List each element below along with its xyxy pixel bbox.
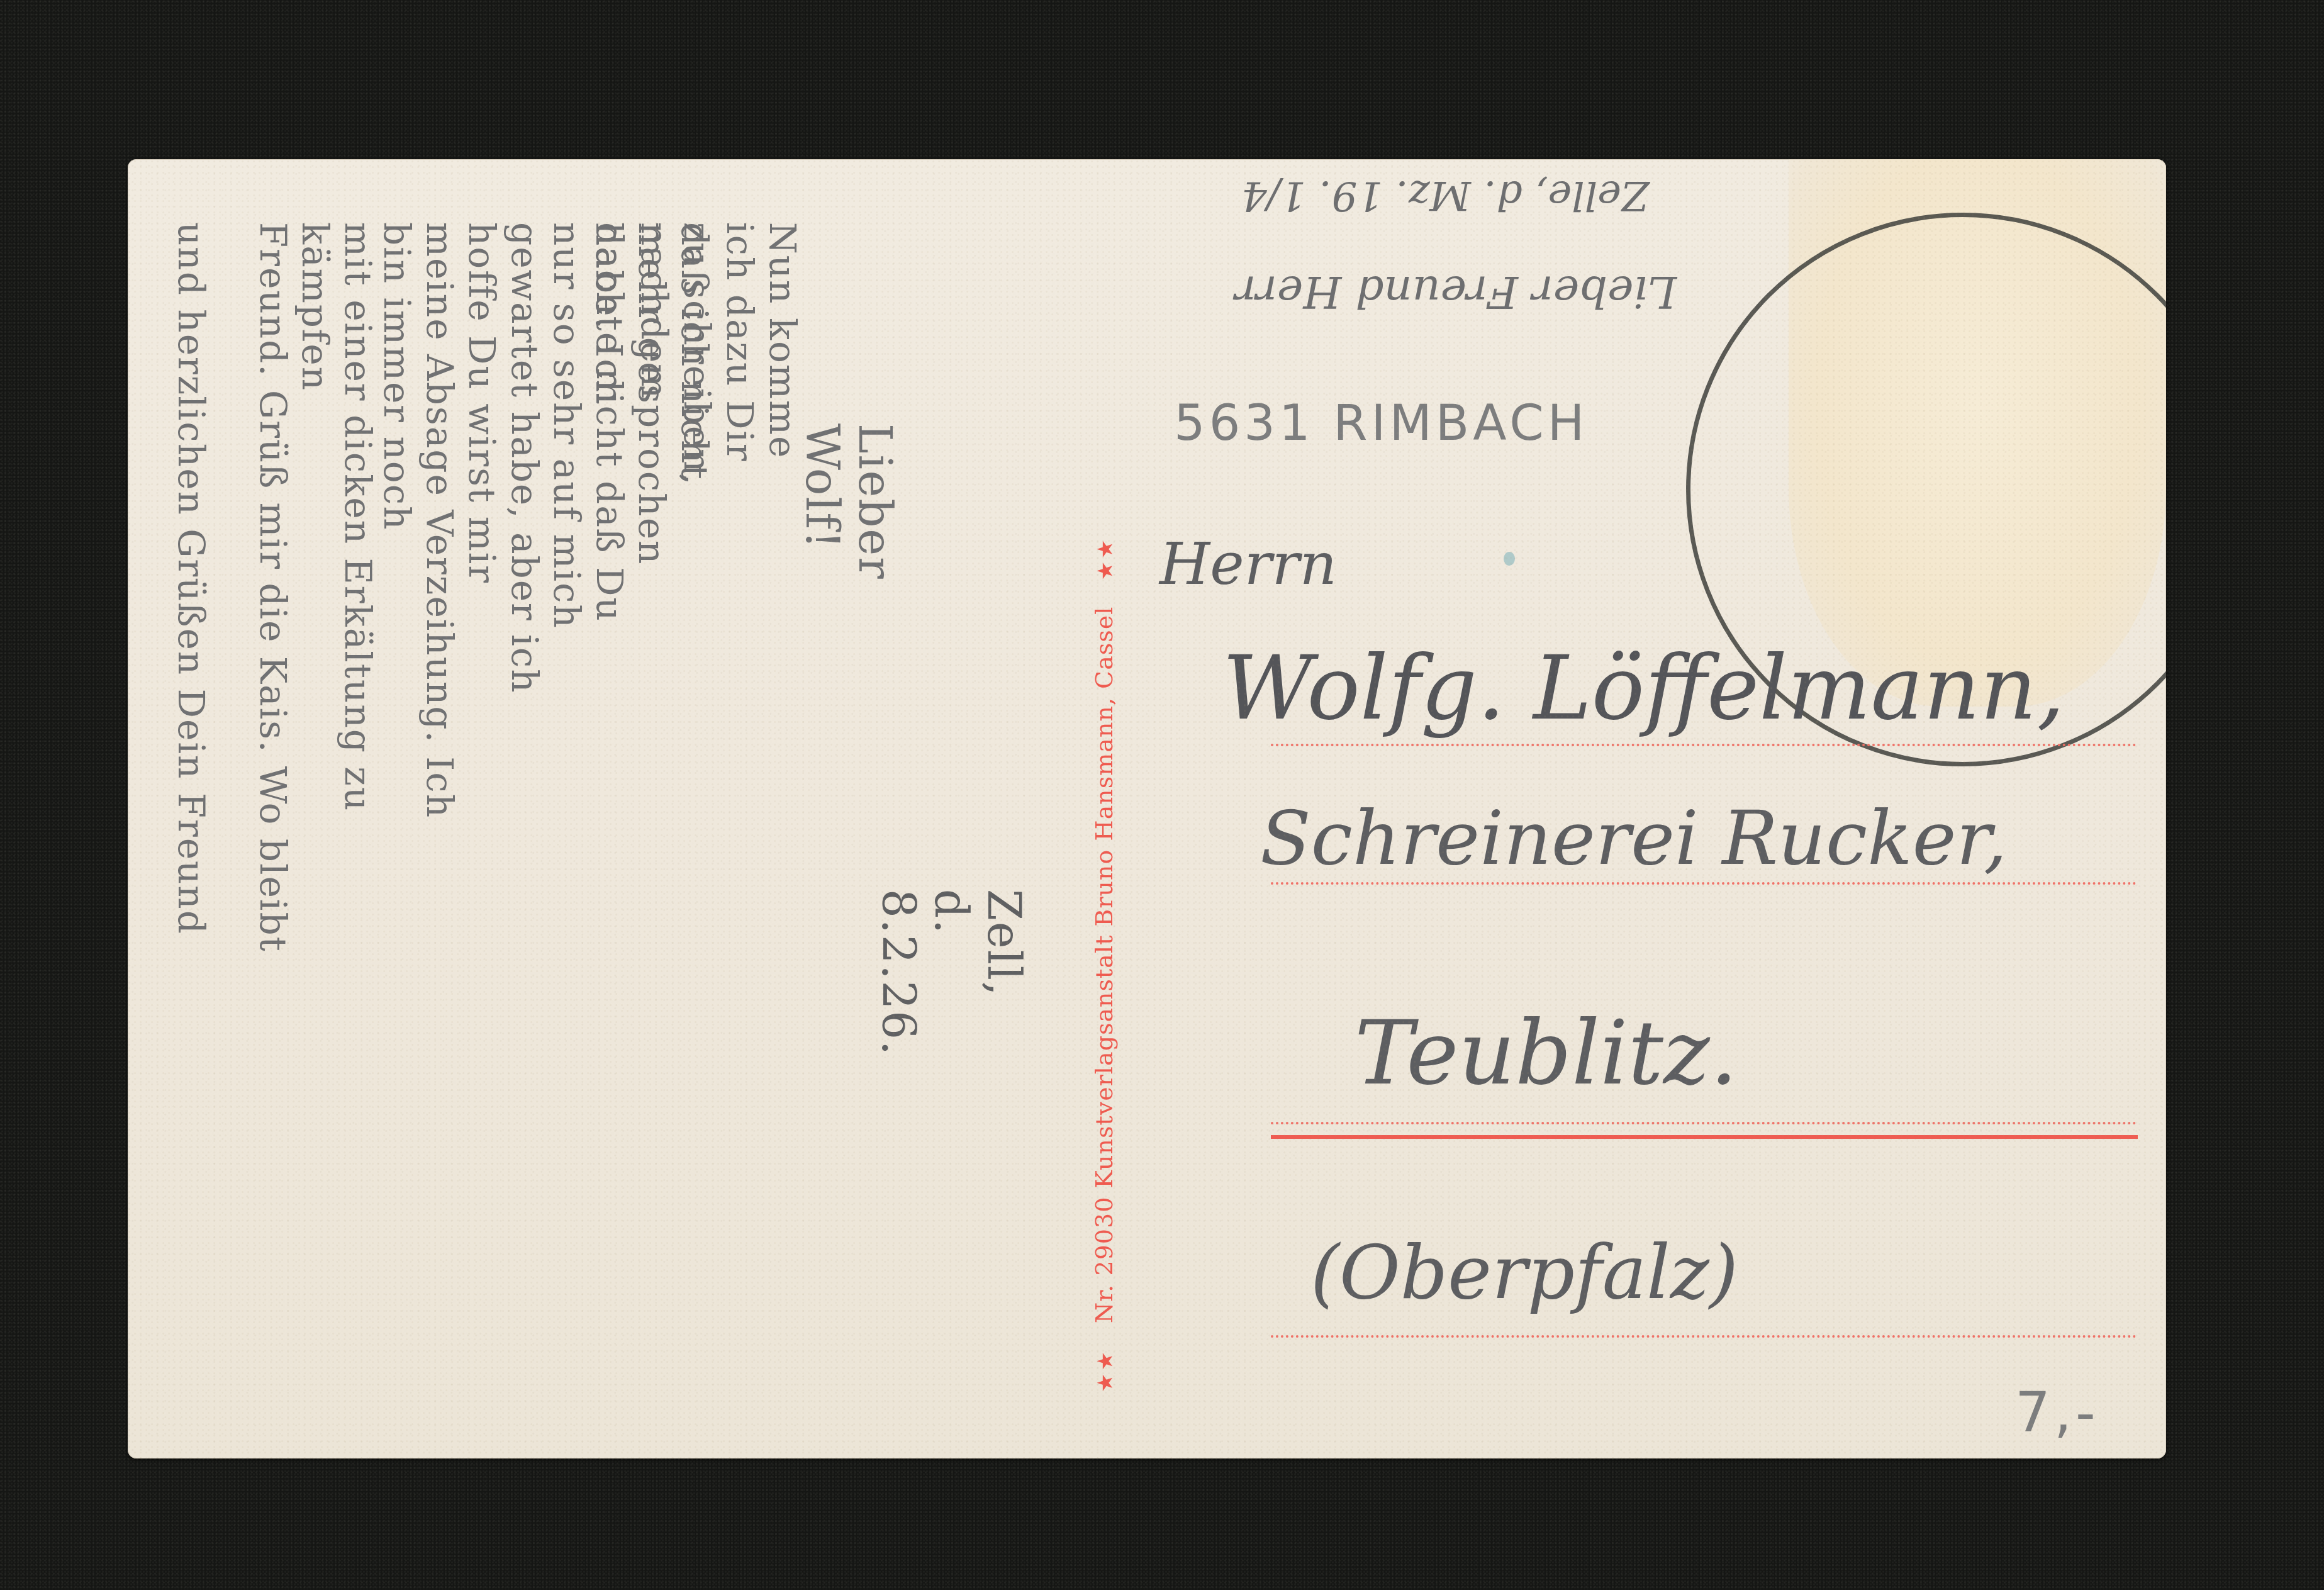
message-line-7: Freund. Grüß mir die Kais. Wo bleibt bbox=[252, 222, 294, 953]
publisher-imprint: ★★ Nr. 29030 Kunstverlagsanstalt Bruno H… bbox=[1090, 537, 1118, 1392]
inverted-note-line-1: Zelle, d. Mz. 19. 1/4 bbox=[1241, 172, 1650, 218]
imprint-text: Nr. 29030 Kunstverlagsanstalt Bruno Hans… bbox=[1090, 607, 1118, 1323]
message-place-date: Zell, d. 8.2.26. bbox=[872, 889, 1031, 1056]
message-line-5: meine Absage Verzeihung. Ich bin immer n… bbox=[376, 222, 461, 845]
address-salutation: Herrn bbox=[1159, 530, 1337, 598]
address-line-3 bbox=[1271, 1122, 2137, 1124]
message-line-8: und herzlichen Grüßen Dein Freund bbox=[170, 222, 213, 935]
message-area: Zell, d. 8.2.26. Lieber Wolf! Nun komme … bbox=[128, 159, 1084, 1458]
star-icon: ★★ bbox=[1093, 537, 1118, 580]
message-line-4: gewartet habe, aber ich hoffe Du wirst m… bbox=[461, 222, 546, 760]
address-region: (Oberpfalz) bbox=[1310, 1229, 1738, 1316]
address-name: Wolfg. Löffelmann, bbox=[1222, 637, 2065, 740]
address-line-4 bbox=[1271, 1335, 2137, 1338]
star-icon: ★★ bbox=[1093, 1349, 1118, 1392]
address-occupation: Schreinerei Rucker, bbox=[1260, 795, 2007, 882]
city-underline bbox=[1271, 1135, 2138, 1139]
address-line-1 bbox=[1271, 744, 2137, 746]
address-line-2 bbox=[1271, 882, 2137, 885]
price-mark: 7,- bbox=[2015, 1380, 2099, 1445]
address-city: Teublitz. bbox=[1355, 1002, 1738, 1105]
pencil-location-note: 5631 RIMBACH bbox=[1174, 395, 1588, 452]
message-line-6: mit einer dicken Erkältung zu kämpfen bbox=[294, 222, 379, 927]
inverted-note-line-2: Lieber Freund Herr bbox=[1235, 266, 1677, 318]
message-greeting: Lieber Wolf! bbox=[796, 423, 902, 606]
ink-spot bbox=[1504, 552, 1515, 566]
message-line-3: dachte nicht daß Du nur so sehr auf mich bbox=[545, 222, 631, 675]
postcard: Zelle, d. Mz. 19. 1/4 Lieber Freund Herr… bbox=[128, 159, 2166, 1458]
